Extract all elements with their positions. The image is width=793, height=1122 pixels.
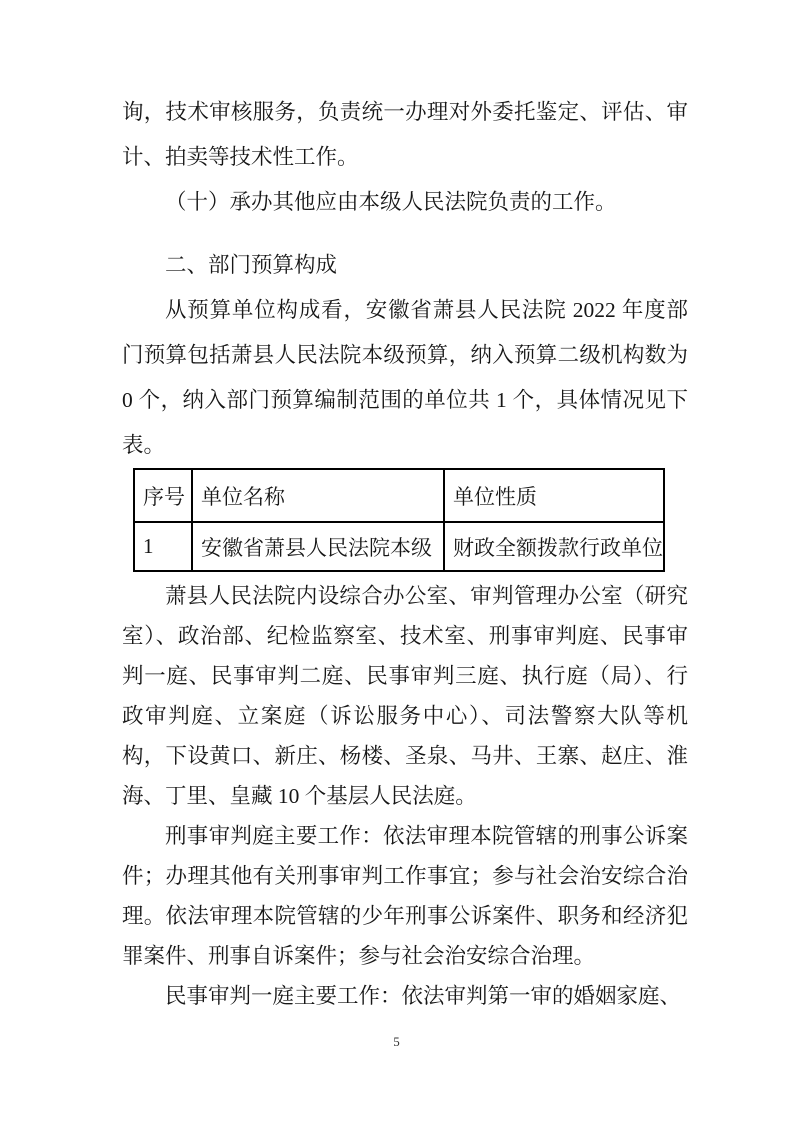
- document-page: 询，技术审核服务，负责统一办理对外委托鉴定、评估、审计、拍卖等技术性工作。 （十…: [0, 0, 793, 1122]
- paragraph-item-ten: （十）承办其他应由本级人民法院负责的工作。: [122, 180, 688, 225]
- table-row: 1 安徽省萧县人民法院本级 财政全额拨款行政单位: [134, 522, 664, 571]
- document-body: 询，技术审核服务，负责统一办理对外委托鉴定、评估、审计、拍卖等技术性工作。 （十…: [122, 90, 688, 1016]
- page-number: 5: [0, 1033, 793, 1051]
- paragraph-budget-overview: 从预算单位构成看，安徽省萧县人民法院 2022 年度部门预算包括萧县人民法院本级…: [122, 288, 688, 468]
- paragraph-criminal-division-duties: 刑事审判庭主要工作：依法审理本院管辖的刑事公诉案件；办理其他有关刑事审判工作事宜…: [122, 816, 688, 976]
- section-heading-budget-composition: 二、部门预算构成: [122, 243, 688, 288]
- table-header-unit-name: 单位名称: [192, 469, 444, 522]
- table-cell-serial-number: 1: [134, 522, 192, 571]
- paragraph-continuation: 询，技术审核服务，负责统一办理对外委托鉴定、评估、审计、拍卖等技术性工作。: [122, 90, 688, 180]
- table-header-row: 序号 单位名称 单位性质: [134, 469, 664, 522]
- paragraph-court-structure: 萧县人民法院内设综合办公室、审判管理办公室（研究室）、政治部、纪检监察室、技术室…: [122, 576, 688, 816]
- table-cell-unit-name: 安徽省萧县人民法院本级: [192, 522, 444, 571]
- table-header-unit-nature: 单位性质: [444, 469, 664, 522]
- budget-units-table: 序号 单位名称 单位性质 1 安徽省萧县人民法院本级 财政全额拨款行政单位: [133, 468, 665, 572]
- table-header-serial-number: 序号: [134, 469, 192, 522]
- paragraph-civil-division-one-duties: 民事审判一庭主要工作：依法审判第一审的婚姻家庭、: [122, 976, 688, 1016]
- table-cell-unit-nature: 财政全额拨款行政单位: [444, 522, 664, 571]
